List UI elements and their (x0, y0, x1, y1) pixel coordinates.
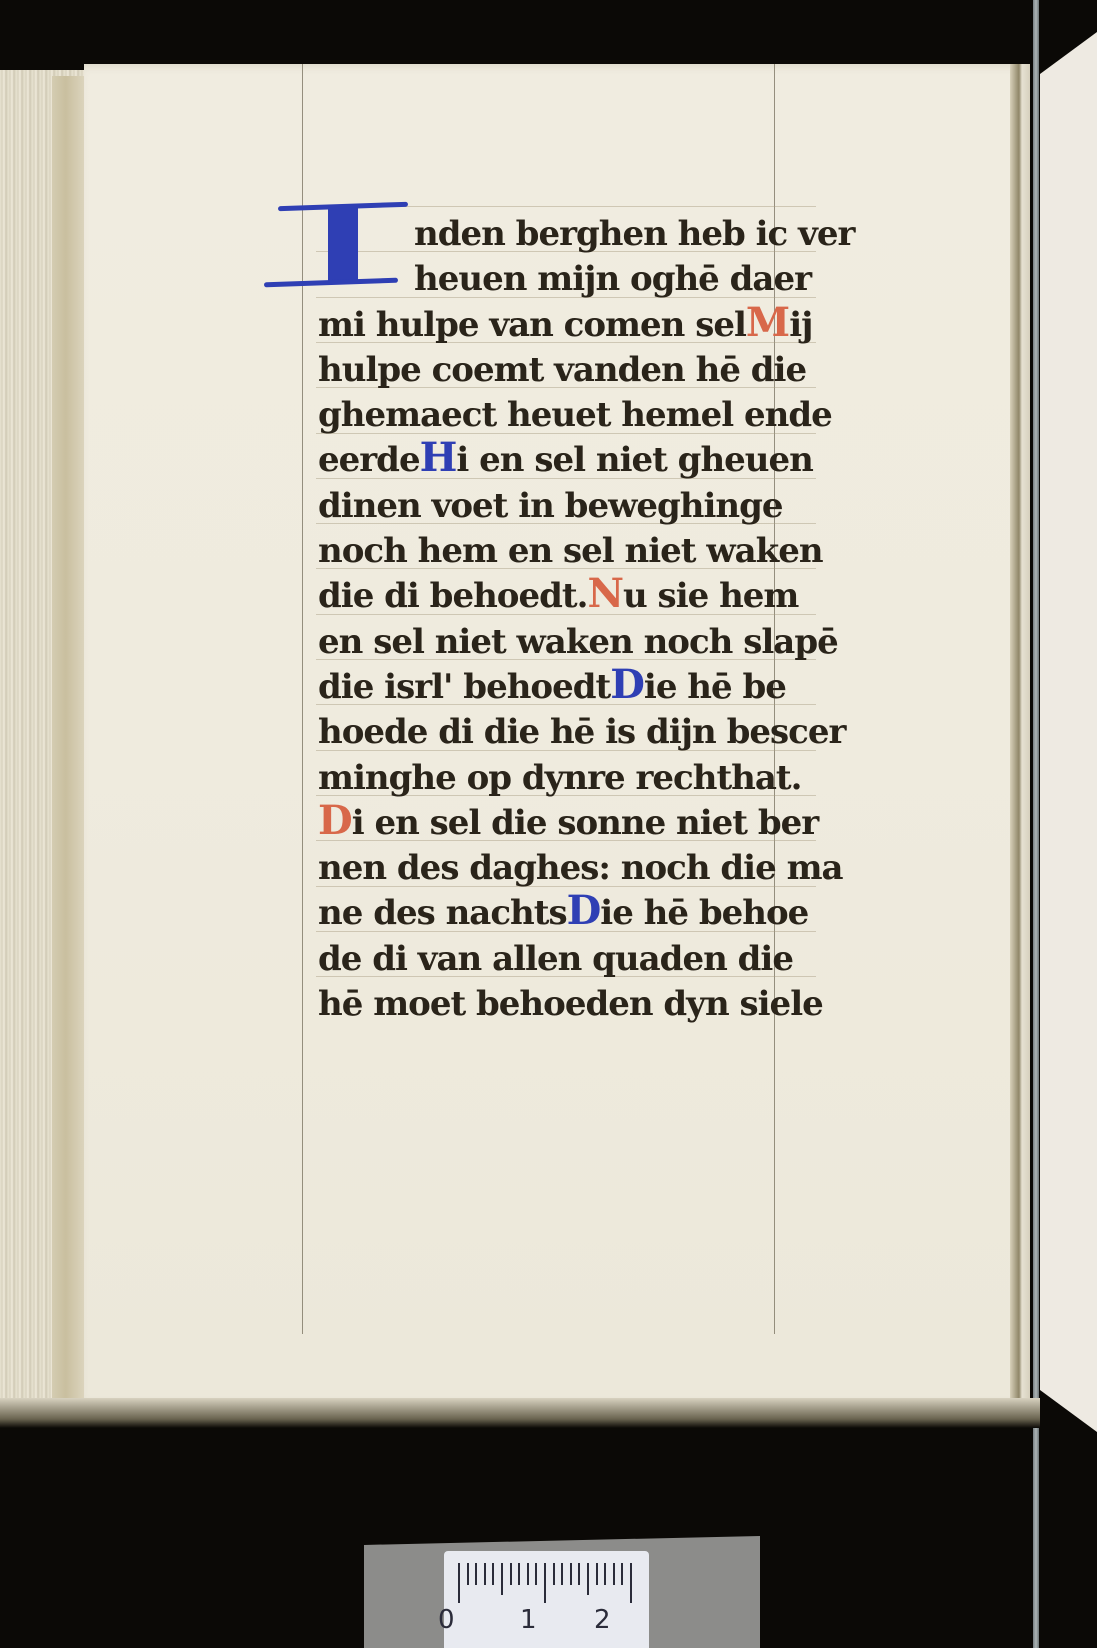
ruler-label-1: 1 (520, 1605, 537, 1635)
margin-rule-left (302, 64, 303, 1334)
ruler-tick (492, 1563, 494, 1585)
facing-page (1040, 32, 1097, 1432)
text-line: mi hulpe van comen selMij (318, 303, 838, 348)
text-line: minghe op dynre rechthat. (318, 756, 838, 801)
line-text: eerde (318, 440, 420, 480)
bottom-edge-shadow (0, 1398, 1040, 1428)
ruler-tick (518, 1563, 520, 1585)
line-text-continued: ie hē be (644, 667, 786, 707)
decorated-initial: M (746, 303, 789, 343)
line-text-continued: ij (789, 305, 812, 345)
line-text: hulpe coemt vanden hē die (318, 350, 806, 390)
book-page-stack-edge (52, 76, 86, 1406)
manuscript-text-block: nden berghen heb ic verheuen mijn oghē d… (318, 212, 838, 1027)
ruler-tick (544, 1563, 546, 1603)
text-line: ne des nachtsDie hē behoe (318, 891, 838, 936)
text-line: Di en sel die sonne niet ber (318, 801, 838, 846)
text-line: nen des daghes: noch die ma (318, 846, 838, 891)
line-text-continued: u sie hem (623, 576, 798, 616)
ruler-tick (535, 1563, 537, 1585)
book-gutter (1010, 64, 1030, 1406)
line-text: die di behoedt. (318, 576, 587, 616)
line-text: mi hulpe van comen sel (318, 305, 746, 345)
text-line: dinen voet in beweghinge (318, 484, 838, 529)
ruler-tick (587, 1563, 589, 1595)
ruler-tick (484, 1563, 486, 1585)
line-text: minghe op dynre rechthat. (318, 758, 801, 798)
line-text-continued: i en sel niet gheuen (456, 440, 812, 480)
text-line: hoede di die hē is dijn bescer (318, 710, 838, 755)
line-text: de di van allen quaden die (318, 939, 793, 979)
ruler-tick (596, 1563, 598, 1585)
ruler-tick (510, 1563, 512, 1585)
ruler-tick (570, 1563, 572, 1585)
ruler-tick (630, 1563, 632, 1603)
line-text: hoede di die hē is dijn bescer (318, 712, 845, 752)
line-text: noch hem en sel niet waken (318, 531, 823, 571)
text-line: noch hem en sel niet waken (318, 529, 838, 574)
ruler-tick (458, 1563, 460, 1603)
text-line: die isrl' behoedtDie hē be (318, 665, 838, 710)
decorated-initial: N (587, 574, 623, 614)
line-text: nden berghen heb ic ver (414, 214, 854, 254)
line-text: heuen mijn oghē daer (414, 259, 811, 299)
ruler-tick (613, 1563, 615, 1585)
line-text-continued: ie hē behoe (600, 893, 808, 933)
ruler-tick (604, 1563, 606, 1585)
line-text: i en sel die sonne niet ber (352, 803, 818, 843)
decorated-initial: D (318, 801, 352, 841)
text-line: en sel niet waken noch slapē (318, 620, 838, 665)
ruler-tick (561, 1563, 563, 1585)
line-text: die isrl' behoedt (318, 667, 610, 707)
ruler-tick (527, 1563, 529, 1585)
text-line: hē moet behoeden dyn siele (318, 982, 838, 1027)
decorated-initial: D (610, 665, 644, 705)
decorated-initial: D (567, 891, 601, 931)
line-text: hē moet behoeden dyn siele (318, 984, 823, 1024)
text-line: die di behoedt.Nu sie hem (318, 574, 838, 619)
ruler-tick (467, 1563, 469, 1585)
ruler-tick (475, 1563, 477, 1585)
ruler-tick (578, 1563, 580, 1585)
line-text: en sel niet waken noch slapē (318, 622, 838, 662)
text-line: hulpe coemt vanden hē die (318, 348, 838, 393)
decorated-initial: H (420, 438, 457, 478)
text-line: nden berghen heb ic ver (318, 212, 838, 257)
text-line: de di van allen quaden die (318, 937, 838, 982)
line-text: ghemaect heuet hemel ende (318, 395, 832, 435)
scale-ruler: 0 1 2 (444, 1551, 649, 1648)
text-line: heuen mijn oghē daer (318, 257, 838, 302)
text-line: ghemaect heuet hemel ende (318, 393, 838, 438)
line-text: dinen voet in beweghinge (318, 486, 783, 526)
ruler-label-2: 2 (594, 1605, 611, 1635)
line-text: nen des daghes: noch die ma (318, 848, 843, 888)
ruler-tick (553, 1563, 555, 1585)
ruler-label-0: 0 (438, 1605, 455, 1635)
ruler-tick (621, 1563, 623, 1585)
line-text: ne des nachts (318, 893, 567, 933)
ruler-tick (501, 1563, 503, 1595)
text-line: eerdeHi en sel niet gheuen (318, 438, 838, 483)
